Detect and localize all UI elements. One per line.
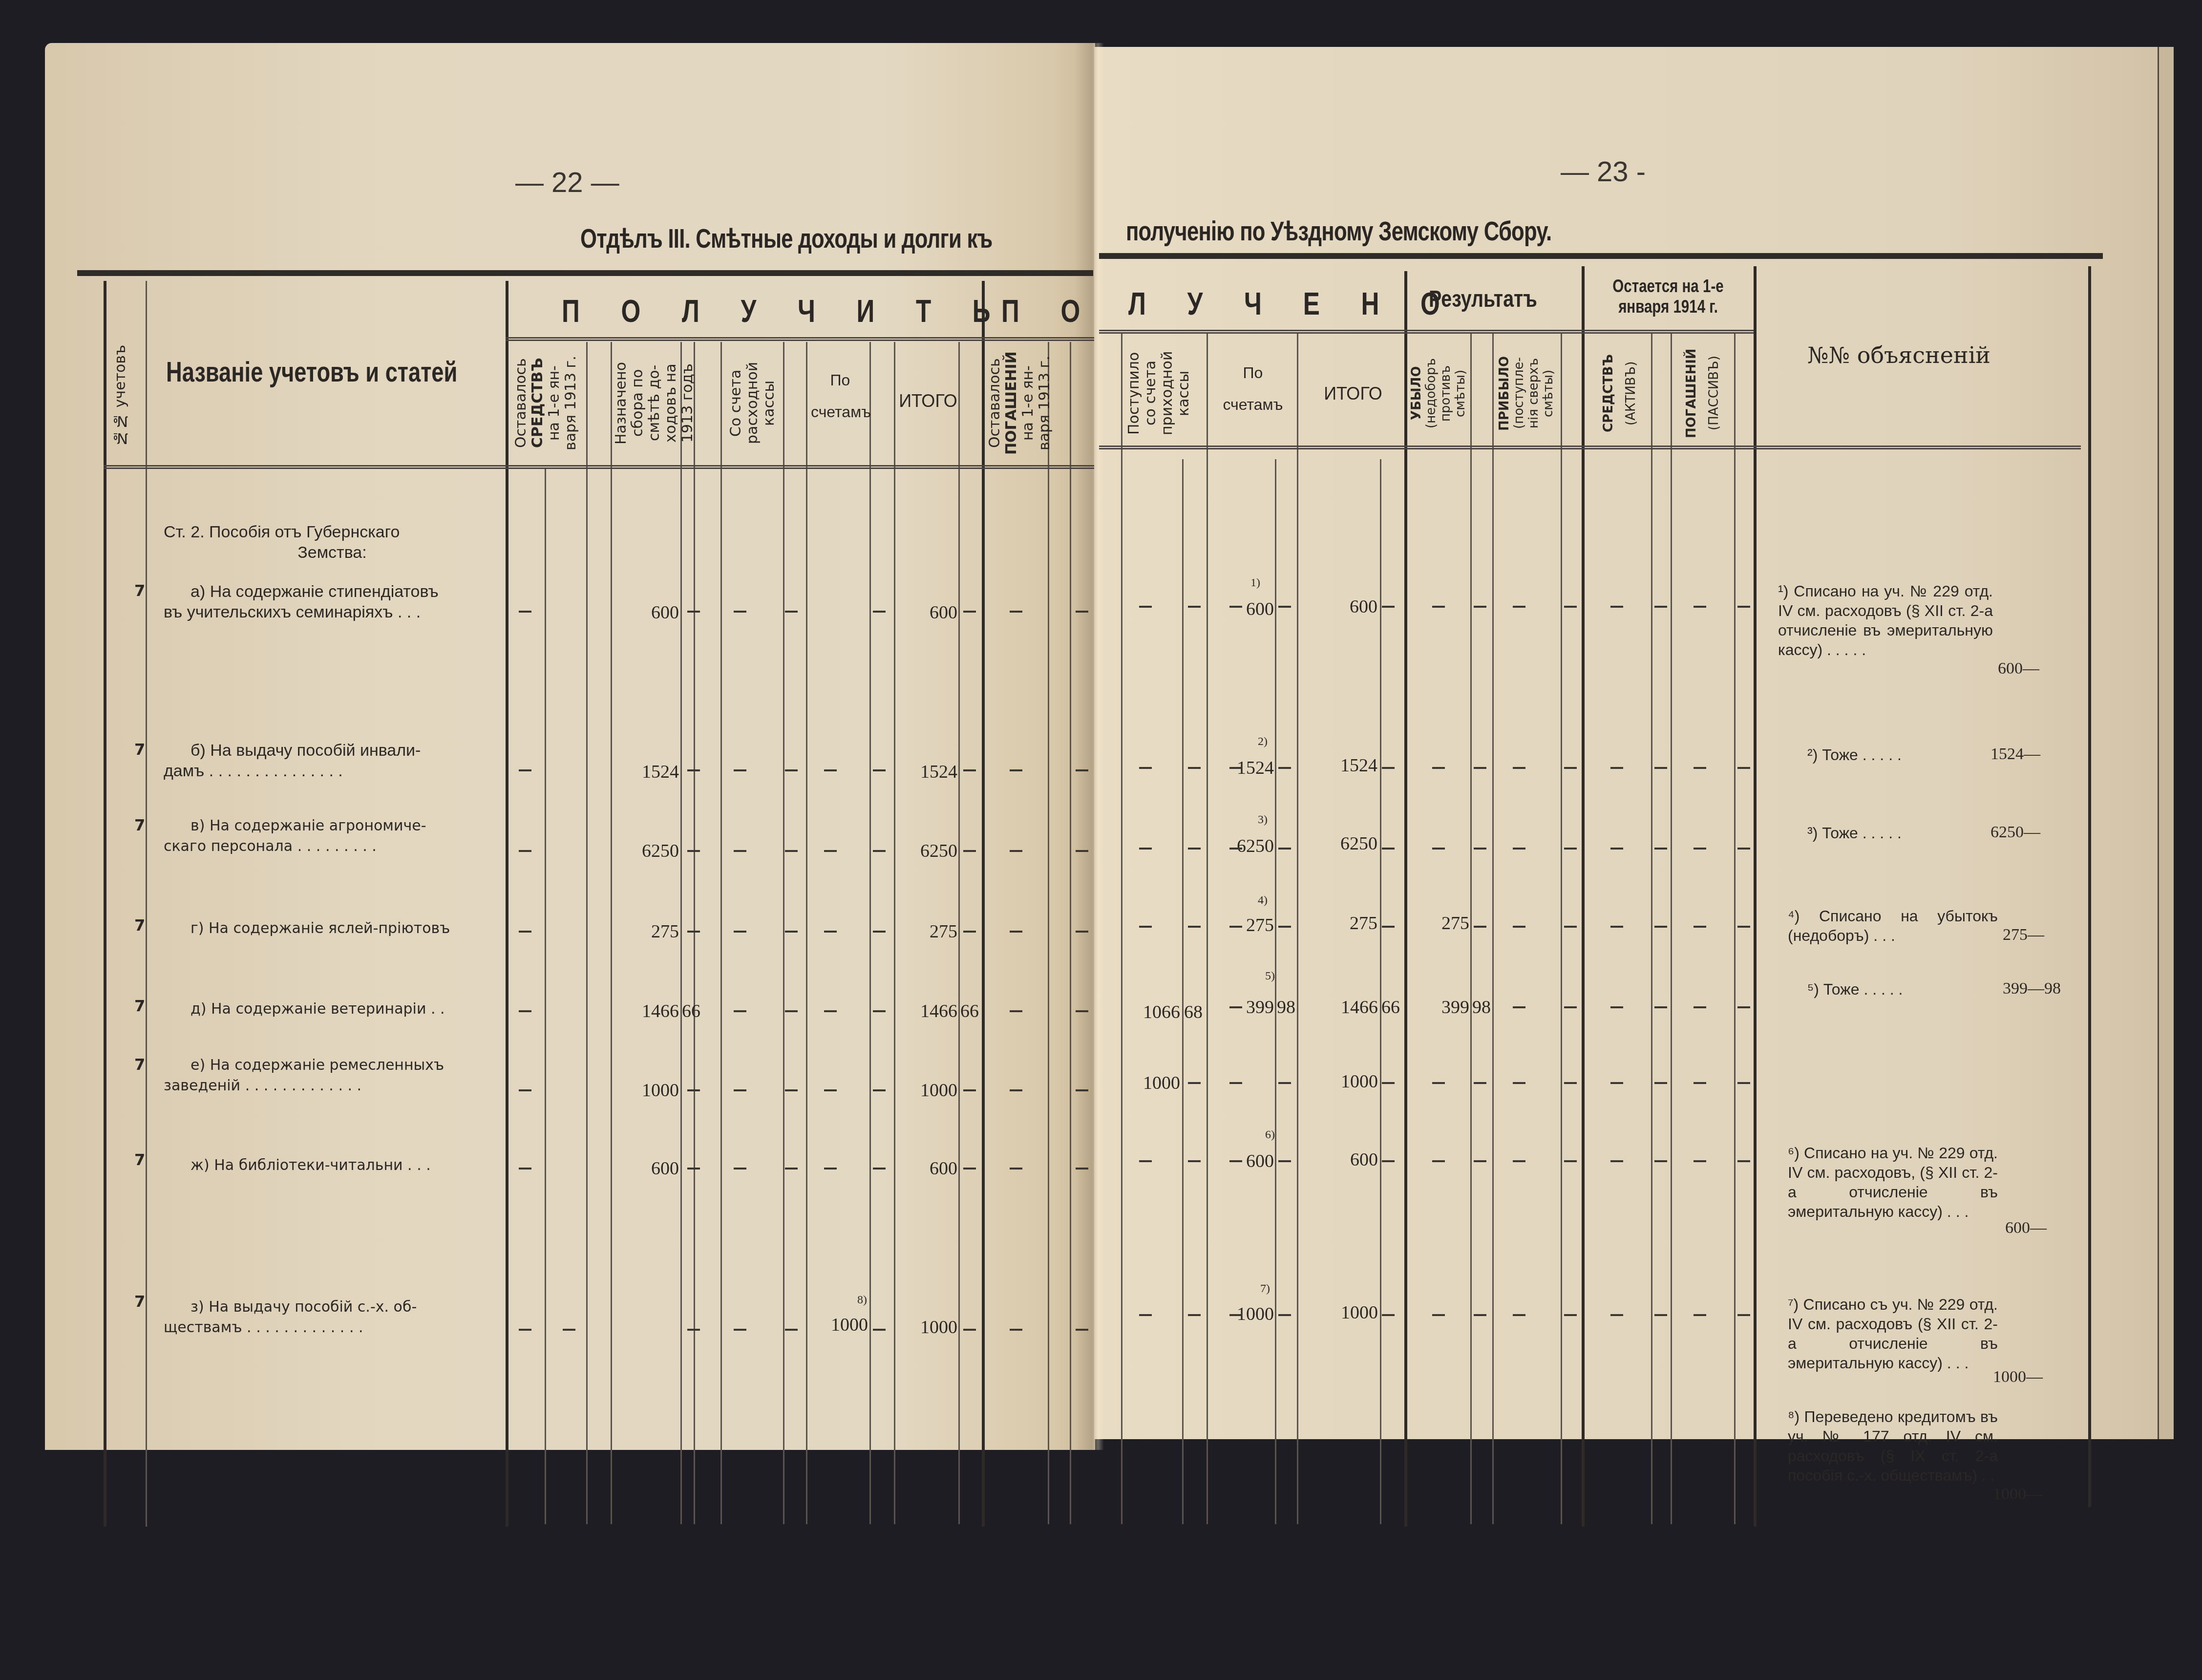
dash-mark [687,931,700,933]
grid-line [1561,332,1562,1524]
dash-mark [1229,1160,1242,1162]
grid-line [958,342,960,1524]
dash-mark [1610,1082,1623,1084]
row-name: б) На выдачу пособій инвали-дамъ . . . .… [164,740,501,781]
grid-line [1048,342,1049,1524]
account-number: 7 [134,1292,145,1311]
title-right: полученію по Уѣздному Земскому Сбору. [1126,215,1551,247]
dash-mark [1564,926,1577,928]
grid-line [1297,332,1298,1524]
dash-mark [873,611,886,613]
dash-mark [1474,767,1486,769]
naznacheno-value: 1466 [615,1000,679,1022]
dash-mark [1229,1082,1242,1084]
itogo-received-value: 600 [1304,596,1377,617]
footnote-ref: 1) [1250,576,1260,590]
account-number: 7 [134,1055,145,1074]
dash-mark [1139,606,1152,608]
header-postupilo: Поступилосо счетаприходнойкассы [1126,342,1192,445]
dash-mark [1229,767,1242,769]
dash-mark [1737,848,1750,850]
dash-mark [963,611,976,613]
dash-mark [1229,1314,1242,1316]
header-group-result: Результатъ [1429,286,1537,313]
footnote-ref: 5) [1265,970,1275,983]
postupilo-value: 1000 [1122,1072,1180,1094]
header-divider [506,337,1094,341]
dash-mark [824,1010,837,1012]
dash-mark [963,850,976,852]
dash-mark [519,1010,531,1012]
dash-mark [1513,606,1525,608]
ubylo-value: 399 [1412,997,1469,1018]
dash-mark [1564,1006,1577,1008]
dash-mark [734,850,746,852]
grid-line [545,469,546,1524]
dash-mark [1188,1314,1201,1316]
dash-mark [519,850,531,852]
header-bottom-rule [104,465,1094,469]
dash-mark [1278,1160,1291,1162]
ubylo-value: 275 [1412,913,1469,934]
dash-mark [1513,1314,1525,1316]
dash-mark [963,1089,976,1091]
dash-mark [1139,1314,1152,1316]
row-name: а) На содержаніе стипендіатовъвъ учитель… [164,581,501,622]
header-divider [1099,330,1754,334]
explanation-amount-8: 1000— [1993,1485,2043,1504]
itogo-value: 1524 [896,761,957,783]
dash-mark [873,1168,886,1170]
dash-mark [1737,1006,1750,1008]
row-name: д) На содержаніе ветеринаріи . . [191,999,503,1020]
dash-mark [1694,767,1706,769]
dash-mark [1610,926,1623,928]
dash-mark [1278,1082,1291,1084]
dash-mark [1564,1082,1577,1084]
grid-line [1671,332,1672,1524]
dash-mark [1694,1160,1706,1162]
explanation-amount-5: 399—98 [2003,979,2061,998]
itogo-value: 1000 [896,1080,957,1101]
title-left: Отдѣлъ III. Смѣтные доходы и долги къ [580,222,993,254]
naznacheno-value: 275 [615,921,679,942]
dash-mark [1474,606,1486,608]
grid-line [1070,342,1071,1524]
dash-mark [519,611,531,613]
footnote-ref: 2) [1258,735,1268,748]
itogo-value: 275 [896,921,957,942]
dash-mark [734,1329,746,1331]
dash-mark [734,769,746,771]
header-bottom-rule [1099,446,2081,449]
row-name: ж) На библіотеки-читальни . . . [191,1155,503,1176]
dash-mark [963,769,976,771]
dash-mark [1654,606,1667,608]
dash-mark [1010,1329,1022,1331]
dash-mark [1432,606,1445,608]
dash-mark [1432,848,1445,850]
page-edge [2158,47,2174,1439]
itogo-received-value: 600 [1302,1149,1378,1170]
itogo-value: 600 [896,602,957,623]
dash-mark [1694,1006,1706,1008]
dash-mark [1654,767,1667,769]
grid-line [869,342,871,1524]
dash-mark [1737,1082,1750,1084]
account-number: 7 [134,1150,145,1169]
grid-line [1380,459,1381,1524]
dash-mark [1564,767,1577,769]
dash-mark [1474,1314,1486,1316]
grid-line [1651,332,1652,1524]
dash-mark [1513,1006,1525,1008]
dash-mark [1076,931,1088,933]
dash-mark [1654,926,1667,928]
dash-mark [1229,1006,1242,1008]
header-itogo-right: ИТОГО [1304,383,1402,404]
dash-mark [1010,1010,1022,1012]
dash-mark [1188,606,1201,608]
dash-mark [1382,848,1395,850]
explanation-amount-6: 600— [2005,1219,2047,1237]
po-schetam-received-value: 600 [1211,598,1274,620]
dash-mark [734,931,746,933]
grid-line [1492,332,1494,1524]
dash-mark [1564,848,1577,850]
dash-mark [785,1329,798,1331]
dash-mark [1564,1160,1577,1162]
itogo-received-value: 1000 [1302,1071,1378,1092]
postupilo-kopecks: 68 [1184,1001,1206,1023]
dash-mark [1382,926,1395,928]
naznacheno-value: 6250 [615,840,679,862]
dash-mark [1010,931,1022,933]
explanation-amount-1: 600— [1998,659,2039,678]
page-number-left: — 22 — [515,166,619,199]
itogo-received-value: 1466 [1302,997,1378,1018]
dash-mark [1513,848,1525,850]
naznacheno-kopecks: 66 [682,1000,706,1022]
grid-line [1275,459,1276,1524]
header-ubylo: УБЫЛО(недоборъпротивъсмѣты) [1409,342,1468,445]
dash-mark [785,1010,798,1012]
grid-line [694,342,695,1524]
explanation-4: ⁴) Списано на убытокъ (недоборъ) . . . [1788,906,1998,945]
grid-line [680,342,682,1524]
dash-mark [1474,848,1486,850]
dash-mark [1694,606,1706,608]
dash-mark [1278,1314,1291,1316]
dash-mark [785,1089,798,1091]
dash-mark [1737,1314,1750,1316]
itogo-value: 600 [896,1158,957,1179]
explanation-amount-4: 275— [2003,926,2044,944]
dash-mark [1382,606,1395,608]
dash-mark [785,769,798,771]
dash-mark [1076,1329,1088,1331]
footnote-ref: 7) [1260,1282,1270,1296]
dash-mark [1076,1089,1088,1091]
header-ost-sredstv: ОставалосьСРЕДСТВЪна 1-е ян-варя 1913 г. [513,344,579,462]
header-itogo: ИТОГО [896,391,960,411]
dash-mark [1188,848,1201,850]
dash-mark [785,850,798,852]
dash-mark [1139,767,1152,769]
explanation-amount-7: 1000— [1993,1368,2043,1386]
dash-mark [1188,1160,1201,1162]
dash-mark [1694,1082,1706,1084]
dash-mark [1737,926,1750,928]
dash-mark [1139,848,1152,850]
dash-mark [1737,606,1750,608]
grid-line [1182,459,1184,1524]
itogo-received-value: 275 [1304,913,1377,934]
explanation-1: ¹) Списано на уч. № 229 отд. IV см. расх… [1778,581,1993,659]
dash-mark [1010,1168,1022,1170]
header-col-no: №№ учетовъ [112,332,129,459]
footnote-ref: 4) [1258,894,1268,907]
itogo-kopecks: 66 [960,1000,982,1022]
header-passiv: ПОГАШЕНІЙ(ПАССИВЪ) [1680,342,1725,445]
header-group-received-right: Л У Ч Е Н О [1128,286,1457,322]
table-top-rule-left [77,270,1093,276]
account-number: 7 [134,916,145,935]
dash-mark [1654,1082,1667,1084]
dash-mark [1076,611,1088,613]
dash-mark [734,1168,746,1170]
dash-mark [1694,1314,1706,1316]
po-schetam-received-value: 1000 [1211,1303,1274,1325]
dash-mark [1610,767,1623,769]
itogo-received-kopecks: 66 [1381,997,1404,1018]
row-name: г) На содержаніе яслей-пріютовъ [191,918,503,939]
dash-mark [1278,926,1291,928]
grid-line [1470,332,1472,1524]
itogo-value: 1466 [896,1000,957,1022]
account-number: 7 [134,581,145,600]
grid-line [611,342,612,1524]
dash-mark [687,1329,700,1331]
dash-mark [873,1329,886,1331]
po-schetam-received-value: 6250 [1211,835,1274,857]
dash-mark [687,1168,700,1170]
grid-line [894,342,895,1524]
header-col-explanations: №№ объясненій [1807,342,1990,368]
header-po-schetam-right: Посчетамъ [1211,364,1294,414]
dash-mark [1139,926,1152,928]
dash-mark [785,1168,798,1170]
account-number: 7 [134,740,145,759]
dash-mark [1694,926,1706,928]
footnote-ref: 6) [1265,1128,1275,1142]
dash-mark [1654,1160,1667,1162]
dash-mark [1654,1314,1667,1316]
po-schetam-received-value: 399 [1211,997,1274,1018]
dash-mark [563,1329,575,1331]
header-group-receive: П О Л У Ч И Т Ь [562,293,1008,329]
grid-line [2088,266,2091,1507]
naznacheno-value: 1524 [615,761,679,783]
dash-mark [1737,1160,1750,1162]
po-schetam-received-kopecks: 98 [1277,997,1296,1018]
dash-mark [1188,1082,1201,1084]
explanation-8: ⁸) Переведено кредитомъ въ уч. № 177 отд… [1788,1407,1998,1485]
dash-mark [873,850,886,852]
dash-mark [1278,848,1291,850]
dash-mark [824,931,837,933]
postupilo-value: 1066 [1122,1001,1180,1023]
table-top-rule-right [1099,253,2103,259]
ubylo-kopecks: 98 [1472,997,1492,1018]
dash-mark [687,611,700,613]
dash-mark [1076,850,1088,852]
dash-mark [1432,1160,1445,1162]
grid-line [1207,332,1208,1524]
explanation-3: ³) Тоже . . . . . [1807,823,1954,843]
grid-line [586,342,588,1524]
section-heading: Ст. 2. Пособія отъ Губернскаго Земства: [164,522,501,563]
itogo-received-value: 1000 [1302,1302,1378,1323]
dash-mark [687,850,700,852]
footnote-ref: 3) [1258,813,1268,827]
header-group-remains: Остается на 1-е января 1914 г. [1602,276,1735,317]
header-po-schetam: Посчетамъ [811,371,869,421]
dash-mark [1188,926,1201,928]
header-group-received-left: П О [1001,293,1097,329]
dash-mark [1382,1160,1395,1162]
dash-mark [1610,1006,1623,1008]
explanation-2: ²) Тоже . . . . . [1807,745,1954,765]
page-number-right: — 23 - [1561,155,1646,188]
po-schetam-received-value: 1524 [1211,757,1274,779]
dash-mark [687,769,700,771]
po-schetam-value: 1000 [808,1314,868,1336]
dash-mark [1610,1314,1623,1316]
dash-mark [824,850,837,852]
naznacheno-value: 1000 [615,1080,679,1101]
header-col-name: Названіе учетовъ и статей [166,356,457,388]
dash-mark [873,931,886,933]
dash-mark [1513,1082,1525,1084]
po-schetam-received-value: 275 [1211,914,1274,936]
dash-mark [1610,606,1623,608]
dash-mark [1229,848,1242,850]
explanation-amount-3: 6250— [1990,823,2040,842]
dash-mark [963,1329,976,1331]
dash-mark [1513,926,1525,928]
grid-line [1121,332,1122,1524]
dash-mark [873,1010,886,1012]
dash-mark [1010,850,1022,852]
header-aktiv: СРЕДСТВЪ(АКТИВЪ) [1597,342,1642,445]
naznacheno-value: 600 [615,1158,679,1179]
dash-mark [824,1089,837,1091]
dash-mark [1694,848,1706,850]
dash-mark [1278,767,1291,769]
header-ost-pogasheniy: ОставалосьПОГАШЕНІЙна 1-е ян-варя 1913 г… [987,344,1053,462]
dash-mark [519,769,531,771]
itogo-received-value: 6250 [1304,833,1377,854]
dash-mark [824,1168,837,1170]
explanation-6: ⁶) Списано на уч. № 229 отд. IV см. расх… [1788,1143,1998,1221]
dash-mark [1229,606,1242,608]
dash-mark [1139,1160,1152,1162]
itogo-value: 6250 [896,840,957,862]
naznacheno-value: 600 [615,602,679,623]
dash-mark [785,931,798,933]
row-name: в) На содержаніе агрономиче-скаго персон… [164,816,501,857]
explanation-amount-2: 1524— [1990,745,2040,764]
dash-mark [1564,606,1577,608]
dash-mark [687,1089,700,1091]
row-name: з) На выдачу пособій с.-х. об-ществамъ .… [164,1297,501,1338]
dash-mark [963,1168,976,1170]
dash-mark [734,1089,746,1091]
dash-mark [519,1329,531,1331]
dash-mark [1076,1168,1088,1170]
itogo-received-value: 1524 [1304,755,1377,776]
dash-mark [1654,848,1667,850]
grid-line [783,342,784,1524]
dash-mark [963,931,976,933]
dash-mark [873,769,886,771]
dash-mark [1382,1082,1395,1084]
dash-mark [1432,1314,1445,1316]
dash-mark [1474,1160,1486,1162]
dash-mark [1076,1010,1088,1012]
header-pribylo: ПРИБЫЛО(поступле-нія сверхъсмѣты) [1497,342,1556,445]
itogo-value: 1000 [896,1317,957,1338]
dash-mark [1432,767,1445,769]
dash-mark [1188,767,1201,769]
dash-mark [1737,767,1750,769]
dash-mark [734,1010,746,1012]
dash-mark [519,1168,531,1170]
dash-mark [1010,611,1022,613]
dash-mark [1513,767,1525,769]
dash-mark [1474,926,1486,928]
dash-mark [519,1089,531,1091]
dash-mark [1564,1314,1577,1316]
header-so-scheta-rashodnoy: Со счетарасходнойкассы [728,344,778,462]
dash-mark [1513,1160,1525,1162]
dash-mark [1610,1160,1623,1162]
dash-mark [519,931,531,933]
footnote-ref: 8) [857,1294,867,1307]
po-schetam-received-value: 600 [1211,1150,1274,1172]
grid-line [1754,266,1757,1527]
header-naznacheno: Назначеносбора посмѣтѣ до-ходовъ на1913 … [613,344,696,462]
grid-line [1404,271,1407,1527]
grid-line [1734,332,1736,1524]
dash-mark [1432,1082,1445,1084]
account-number: 7 [134,816,145,834]
explanation-7: ⁷) Списано съ уч. № 229 отд. IV см. расх… [1788,1295,1998,1373]
dash-mark [1010,1089,1022,1091]
dash-mark [873,1089,886,1091]
dash-mark [1076,769,1088,771]
row-name: е) На содержаніе ремесленныхъзаведеній .… [164,1055,501,1096]
dash-mark [734,611,746,613]
grid-line [720,342,722,1524]
explanation-5: ⁵) Тоже . . . . . [1807,979,1954,999]
dash-mark [1382,767,1395,769]
dash-mark [1382,1314,1395,1316]
grid-line [806,342,807,1524]
dash-mark [1610,848,1623,850]
dash-mark [785,611,798,613]
